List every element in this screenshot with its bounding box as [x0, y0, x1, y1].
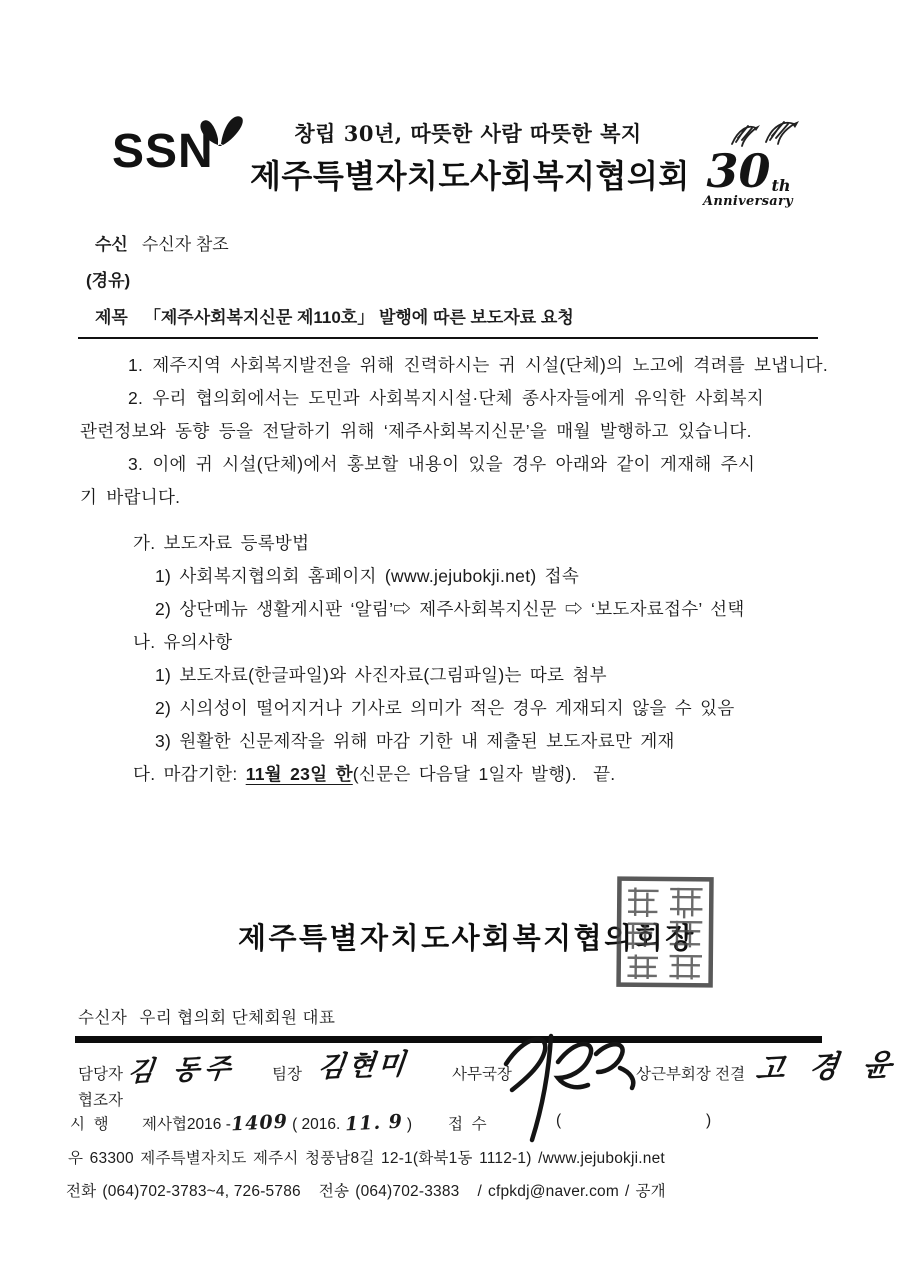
- footer-recipient-label: 수신자: [78, 1009, 127, 1027]
- anniversary-number: 30th: [688, 151, 808, 192]
- subject-label: 제목: [95, 308, 128, 327]
- recipient-value: 수신자 참조: [142, 235, 229, 254]
- fax-value: (064)702-3383: [355, 1183, 459, 1200]
- list-ga-item-1: 1) 사회복지협의회 홈페이지 (www.jejubokji.net) 접속: [133, 560, 745, 593]
- header-slogan: 창립 30년, 따뜻한 사람 따뜻한 복지: [250, 118, 686, 148]
- vicechair-label: 상근부회장 전결: [636, 1062, 745, 1084]
- list-ga-item-2: 2) 상단메뉴 생활게시판 ‘알림’⇨ 제주사회복지신문 ⇨ ‘보도자료접수’ …: [133, 593, 745, 626]
- anniversary-mark: 30th Anniversary: [688, 116, 808, 209]
- recipient-label: 수신: [95, 235, 128, 254]
- disclosure-label: 공개: [635, 1183, 665, 1200]
- vicechair-signature: 고 경 윤: [754, 1039, 900, 1088]
- subject-divider: [78, 337, 818, 339]
- dispatch-number: 제사협2016 -1409 ( 2016. 11. 9 ): [142, 1112, 412, 1134]
- anniversary-label: Anniversary: [688, 194, 808, 209]
- date-handwritten: 11. 9: [344, 1111, 403, 1136]
- deadline-underlined: 11월 23일 한: [246, 764, 353, 784]
- manager-label: 담당자: [78, 1062, 123, 1084]
- subject-row: 제목「제주사회복지신문 제110호」 발행에 따른 보도자료 요청: [95, 303, 574, 328]
- secretary-general-signature: [494, 1028, 644, 1151]
- phone-label: 전화: [66, 1183, 96, 1200]
- paragraph-3-line-1: 3. 이에 귀 시설(단체)에서 홍보할 내용이 있을 경우 아래와 같이 게재…: [80, 448, 840, 481]
- header-title-block: 창립 30년, 따뜻한 사람 따뜻한 복지 제주특별자치도사회복지협의회: [250, 118, 686, 197]
- doc-number-handwritten: 1409: [230, 1111, 288, 1136]
- email-text: cfpkdj@naver.com: [488, 1183, 619, 1200]
- list-na-item-2: 2) 시의성이 떨어지거나 기사로 의미가 적은 경우 게재되지 않을 수 있음: [133, 692, 745, 725]
- paragraph-2-line-2: 관련정보와 동향 등을 전달하기 위해 ‘제주사회복지신문’을 매월 발행하고 …: [80, 415, 840, 448]
- letter-body: 1. 제주지역 사회복지발전을 위해 진력하시는 귀 시설(단체)의 노고에 격…: [80, 349, 840, 514]
- receipt-label: 접 수: [448, 1112, 487, 1134]
- receipt-paren-open: (: [556, 1112, 561, 1130]
- teamlead-signature: 김현미: [316, 1042, 410, 1085]
- butterfly-icon: [196, 112, 244, 155]
- list-ga-title: 가. 보도자료 등록방법: [133, 527, 745, 560]
- recipient-row: 수신수신자 참조: [95, 230, 229, 255]
- fax-label: 전송: [319, 1183, 349, 1200]
- list-na-item-1: 1) 보도자료(한글파일)와 사진자료(그림파일)는 따로 첨부: [133, 659, 745, 692]
- paragraph-3-line-2: 기 바랍니다.: [80, 481, 840, 514]
- dispatch-label: 시 행: [70, 1112, 109, 1134]
- subject-value: 「제주사회복지신문 제110호」 발행에 따른 보도자료 요청: [144, 308, 574, 327]
- cooperator-label: 협조자: [78, 1088, 123, 1110]
- footer-recipient-value: 우리 협의회 단체회원 대표: [139, 1009, 335, 1027]
- list-da-deadline-line: 다. 마감기한: 11월 23일 한(신문은 다음달 1일자 발행). 끝.: [133, 758, 745, 791]
- list-na-item-3: 3) 원활한 신문제작을 위해 마감 기한 내 제출된 보도자료만 게재: [133, 725, 745, 758]
- phone-value: (064)702-3783~4, 726-5786: [102, 1183, 300, 1200]
- signature-divider-bar: [75, 1036, 822, 1043]
- scanned-official-letter: { "page": { "background": "#ffffff", "in…: [0, 0, 900, 1273]
- list-na-title: 나. 유의사항: [133, 626, 745, 659]
- phone-row: 전화(064)702-3783~4, 726-5786전송(064)702-33…: [66, 1179, 672, 1201]
- official-seal-stamp: [615, 876, 714, 994]
- footer-recipient-row: 수신자우리 협의회 단체회원 대표: [78, 1004, 335, 1028]
- org-name: 제주특별자치도사회복지협의회: [250, 151, 686, 197]
- via-row: (경유): [86, 266, 130, 291]
- address-row: 우 63300 제주특별자치도 제주시 청풍남8길 12-1(화북1동 1112…: [68, 1146, 665, 1168]
- paragraph-2-line-1: 2. 우리 협의회에서는 도민과 사회복지시설·단체 종사자들에게 유익한 사회…: [80, 382, 840, 415]
- receipt-paren-close: ): [706, 1112, 711, 1130]
- manager-signature: 김 동주: [126, 1046, 238, 1089]
- teamlead-label: 팀장: [272, 1062, 302, 1084]
- paragraph-1: 1. 제주지역 사회복지발전을 위해 진력하시는 귀 시설(단체)의 노고에 격…: [80, 349, 840, 382]
- instruction-list: 가. 보도자료 등록방법 1) 사회복지협의회 홈페이지 (www.jejubo…: [133, 527, 745, 791]
- ssn-logo: SSN: [112, 128, 214, 176]
